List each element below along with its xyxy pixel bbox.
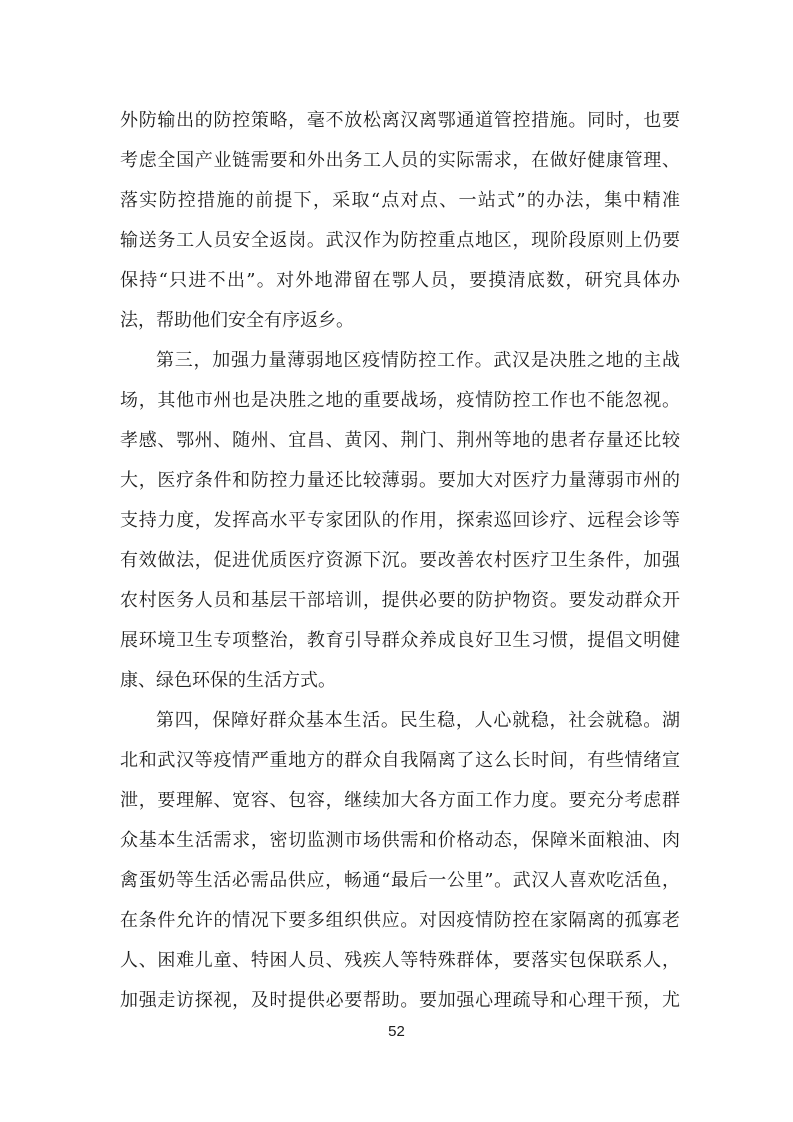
- text-line: 支持力度，发挥高水平专家团队的作用，探索巡回诊疗、远程会诊等: [120, 501, 680, 541]
- text-line: 考虑全国产业链需要和外出务工人员的实际需求，在做好健康管理、: [120, 141, 680, 181]
- text-line: 保持“只进不出”。对外地滞留在鄂人员，要摸清底数，研究具体办: [120, 261, 680, 301]
- text-line: 北和武汉等疫情严重地方的群众自我隔离了这么长时间，有些情绪宣: [120, 741, 680, 781]
- text-line: 外防输出的防控策略，毫不放松离汉离鄂通道管控措施。同时，也要: [120, 101, 680, 141]
- page-number: 52: [0, 1023, 793, 1040]
- text-line: 落实防控措施的前提下，采取“点对点、一站式”的办法，集中精准: [120, 181, 680, 221]
- text-line: 第四，保障好群众基本生活。民生稳，人心就稳，社会就稳。湖: [120, 701, 680, 741]
- text-line: 有效做法，促进优质医疗资源下沉。要改善农村医疗卫生条件，加强: [120, 541, 680, 581]
- text-line: 场，其他市州也是决胜之地的重要战场，疫情防控工作也不能忽视。: [120, 381, 680, 421]
- text-line: 康、绿色环保的生活方式。: [120, 661, 680, 701]
- text-line: 禽蛋奶等生活必需品供应，畅通“最后一公里”。武汉人喜欢吃活鱼，: [120, 861, 680, 901]
- text-line: 人、困难儿童、特困人员、残疾人等特殊群体，要落实包保联系人，: [120, 941, 680, 981]
- text-line: 泄，要理解、宽容、包容，继续加大各方面工作力度。要充分考虑群: [120, 781, 680, 821]
- text-line: 法，帮助他们安全有序返乡。: [120, 301, 680, 341]
- text-line: 大，医疗条件和防控力量还比较薄弱。要加大对医疗力量薄弱市州的: [120, 461, 680, 501]
- document-body: 外防输出的防控策略，毫不放松离汉离鄂通道管控措施。同时，也要考虑全国产业链需要和…: [120, 101, 680, 1021]
- text-line: 输送务工人员安全返岗。武汉作为防控重点地区，现阶段原则上仍要: [120, 221, 680, 261]
- text-line: 展环境卫生专项整治，教育引导群众养成良好卫生习惯，提倡文明健: [120, 621, 680, 661]
- text-line: 在条件允许的情况下要多组织供应。对因疫情防控在家隔离的孤寡老: [120, 901, 680, 941]
- text-line: 第三，加强力量薄弱地区疫情防控工作。武汉是决胜之地的主战: [120, 341, 680, 381]
- text-line: 孝感、鄂州、随州、宜昌、黄冈、荆门、荆州等地的患者存量还比较: [120, 421, 680, 461]
- text-line: 加强走访探视，及时提供必要帮助。要加强心理疏导和心理干预，尤: [120, 981, 680, 1021]
- text-line: 农村医务人员和基层干部培训，提供必要的防护物资。要发动群众开: [120, 581, 680, 621]
- document-page: 外防输出的防控策略，毫不放松离汉离鄂通道管控措施。同时，也要考虑全国产业链需要和…: [0, 0, 793, 1122]
- text-line: 众基本生活需求，密切监测市场供需和价格动态，保障米面粮油、肉: [120, 821, 680, 861]
